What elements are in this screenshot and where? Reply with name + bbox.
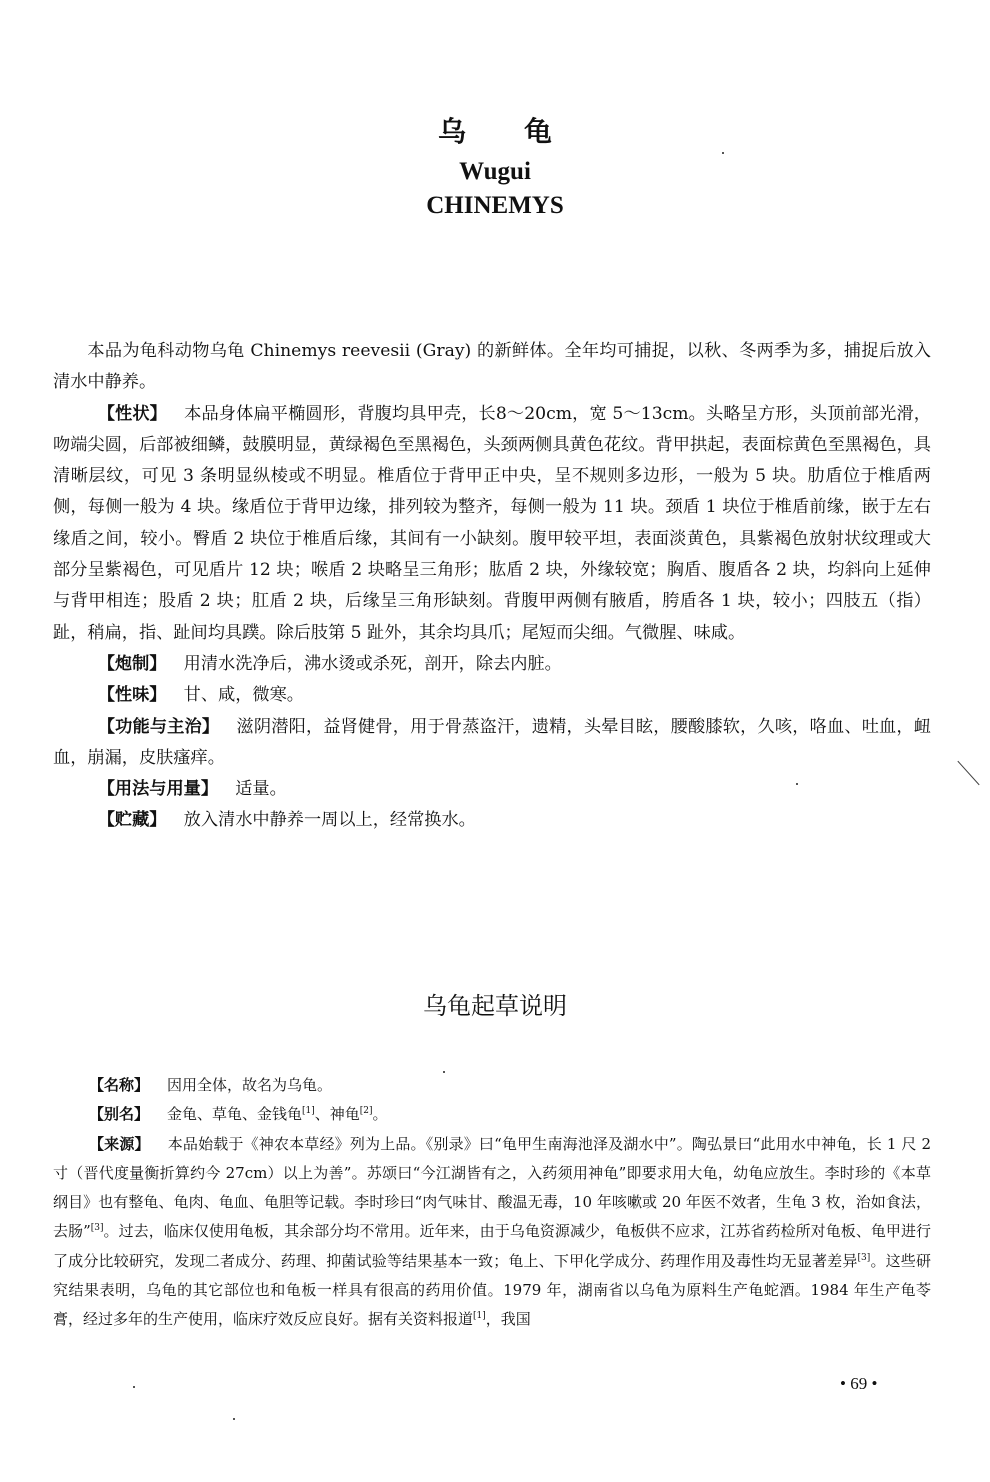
field-label: 【炮制】 <box>98 654 167 674</box>
field-zhucang: 【贮藏】放入清水中静养一周以上，经常换水。 <box>53 805 931 836</box>
monograph-title-pinyin: Wugui <box>0 158 990 186</box>
citation-ref: [2] <box>360 1106 373 1116</box>
citation-ref: [1] <box>473 1311 486 1321</box>
note-laiyuan: 【来源】本品始载于《神农本草经》列为上品。《别录》曰“龟甲生南海池泽及湖水中”。… <box>53 1130 931 1335</box>
field-label: 【用法与用量】 <box>98 779 218 799</box>
field-label: 【贮藏】 <box>98 810 167 830</box>
scan-artifact-speck <box>722 152 724 154</box>
field-text: 甘、咸，微寒。 <box>184 685 304 705</box>
citation-ref: [3] <box>858 1253 871 1263</box>
monograph-title-chinese: 乌龟 <box>0 110 990 150</box>
field-label: 【名称】 <box>89 1076 149 1094</box>
field-text: ，我国 <box>486 1310 531 1328</box>
citation-ref: [3] <box>91 1223 104 1233</box>
field-gongneng: 【功能与主治】滋阴潜阳，益肾健骨，用于骨蒸盗汗，遗精，头晕目眩，腰酸膝软，久咳，… <box>53 712 931 775</box>
field-label: 【来源】 <box>89 1135 150 1153</box>
citation-ref: [1] <box>302 1106 315 1116</box>
scan-artifact-mark <box>957 761 979 785</box>
field-paozhi: 【炮制】用清水洗净后，沸水烫或杀死，剖开，除去内脏。 <box>53 649 931 680</box>
monograph-title-latin: CHINEMYS <box>0 192 990 220</box>
field-yongfa: 【用法与用量】适量。 <box>53 774 931 805</box>
field-text: 、神龟 <box>315 1105 360 1123</box>
monograph-body: 本品为龟科动物乌龟 Chinemys reevesii (Gray) 的新鲜体。… <box>53 336 931 837</box>
scan-artifact-speck <box>443 1071 445 1073</box>
note-mingcheng: 【名称】因用全体，故名为乌龟。 <box>53 1071 931 1100</box>
drafting-notes-body: 【名称】因用全体，故名为乌龟。 【别名】金龟、草龟、金钱龟[1]、神龟[2]。 … <box>53 1071 931 1335</box>
field-xingwei: 【性味】甘、咸，微寒。 <box>53 680 931 711</box>
intro-paragraph: 本品为龟科动物乌龟 Chinemys reevesii (Gray) 的新鲜体。… <box>53 336 931 399</box>
note-bieming: 【别名】金龟、草龟、金钱龟[1]、神龟[2]。 <box>53 1100 931 1129</box>
field-label: 【功能与主治】 <box>98 717 220 737</box>
page-number: • 69 • <box>840 1374 877 1394</box>
field-label: 【性状】 <box>98 404 167 424</box>
field-text: 放入清水中静养一周以上，经常换水。 <box>184 810 476 830</box>
field-text: 金龟、草龟、金钱龟 <box>167 1105 302 1123</box>
drafting-notes-heading: 乌龟起草说明 <box>0 986 990 1021</box>
field-text: 。过去，临床仅使用龟板，其余部分均不常用。近年来，由于乌龟资源减少，龟板供不应求… <box>53 1222 931 1269</box>
field-label: 【性味】 <box>98 685 167 705</box>
field-text: 因用全体，故名为乌龟。 <box>167 1076 332 1094</box>
field-text: 。 <box>373 1105 388 1123</box>
field-text: 适量。 <box>235 779 287 799</box>
field-text: 用清水洗净后，沸水烫或杀死，剖开，除去内脏。 <box>184 654 562 674</box>
scan-artifact-speck <box>133 1386 135 1388</box>
field-xingzhuang: 【性状】本品身体扁平椭圆形，背腹均具甲壳，长8～20cm，宽 5～13cm。头略… <box>53 399 931 649</box>
scan-artifact-speck <box>233 1418 235 1420</box>
field-label: 【别名】 <box>89 1105 149 1123</box>
field-text: 本品身体扁平椭圆形，背腹均具甲壳，长8～20cm，宽 5～13cm。头略呈方形，… <box>53 404 931 643</box>
scan-artifact-speck <box>796 783 798 785</box>
